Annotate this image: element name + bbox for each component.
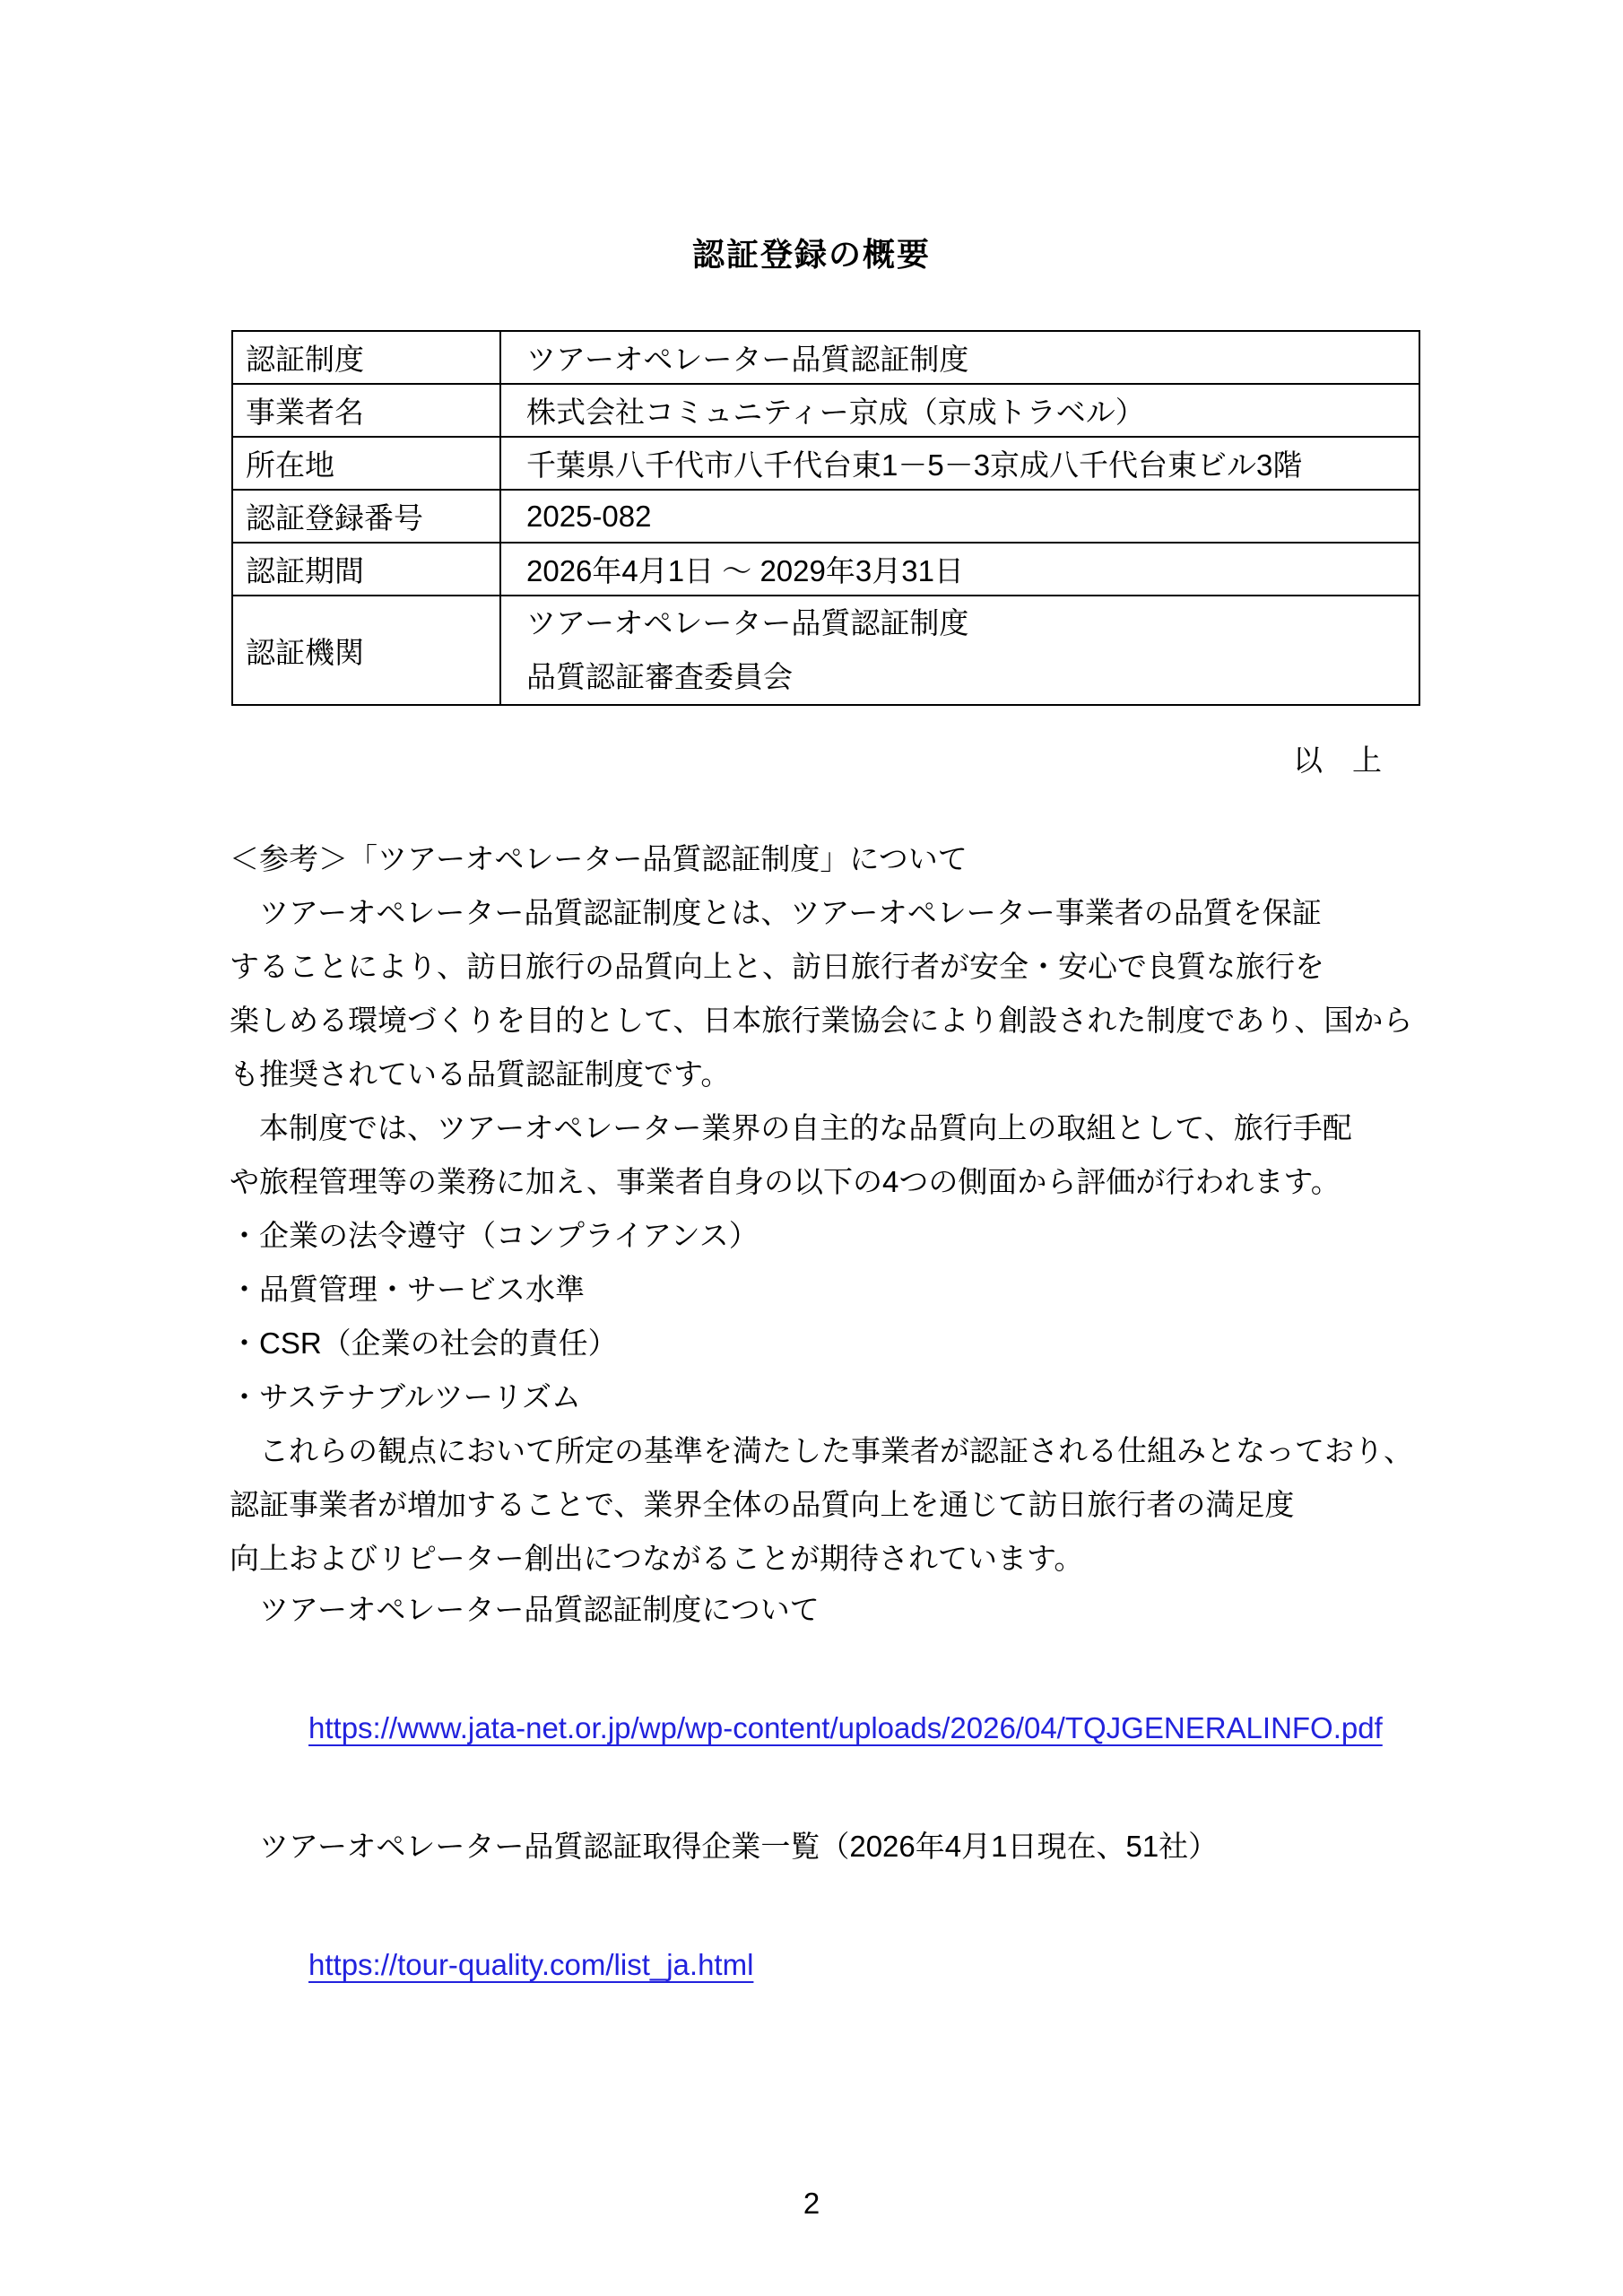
reference-text-line: ツアーオペレーター品質認証制度とは、ツアーオペレーター事業者の品質を保証: [230, 886, 1436, 940]
row-label: 認証機関: [232, 596, 500, 705]
reference-text-line: も推奨されている品質認証制度です。: [230, 1048, 1436, 1101]
reference-text-line: することにより、訪日旅行の品質向上と、訪日旅行者が安全・安心で良質な旅行を: [230, 940, 1436, 994]
certification-table: 認証制度 ツアーオペレーター品質認証制度 事業者名 株式会社コミュニティー京成（…: [231, 330, 1420, 706]
document-page: 認証登録の概要 認証制度 ツアーオペレーター品質認証制度 事業者名 株式会社コミ…: [0, 0, 1623, 2296]
row-label: 認証期間: [232, 543, 500, 596]
jata-pdf-link[interactable]: https://www.jata-net.or.jp/wp/wp-content…: [308, 1711, 1383, 1744]
table-row-cert-system: 認証制度 ツアーオペレーター品質認証制度: [232, 331, 1419, 384]
reference-text-line: や旅程管理等の業務に加え、事業者自身の以下の4つの側面から評価が行われます。: [230, 1155, 1436, 1209]
row-label: 認証登録番号: [232, 490, 500, 543]
page-number: 2: [0, 2187, 1623, 2221]
page-title: 認証登録の概要: [0, 230, 1623, 275]
row-value: 2025-082: [500, 490, 1419, 543]
row-value: 2026年4月1日 ～ 2029年3月31日: [500, 543, 1419, 596]
bullet-csr: ・CSR（企業の社会的責任）: [230, 1317, 1436, 1370]
reference-text-line: 認証事業者が増加することで、業界全体の品質向上を通じて訪日旅行者の満足度: [230, 1478, 1436, 1532]
row-value: ツアーオペレーター品質認証制度 品質認証審査委員会: [500, 596, 1419, 705]
row-label: 所在地: [232, 437, 500, 490]
reference-text-line: 本制度では、ツアーオペレーター業界の自主的な品質向上の取組として、旅行手配: [230, 1101, 1436, 1155]
link-heading-company-list: ツアーオペレーター品質認証取得企業一覧（2026年4月1日現在、51社）: [230, 1817, 1436, 1876]
row-value: 千葉県八千代市八千代台東1－5－3京成八千代台東ビル3階: [500, 437, 1419, 490]
bullet-compliance: ・企業の法令遵守（コンプライアンス）: [230, 1209, 1436, 1263]
table-row-address: 所在地 千葉県八千代市八千代台東1－5－3京成八千代台東ビル3階: [232, 437, 1419, 490]
reference-text-line: これらの観点において所定の基準を満たした事業者が認証される仕組みとなっており、: [230, 1424, 1436, 1478]
links-section: ツアーオペレーター品質認証制度について https://www.jata-net…: [230, 1580, 1436, 2054]
table-row-operator-name: 事業者名 株式会社コミュニティー京成（京成トラベル）: [232, 384, 1419, 437]
bullet-quality-service: ・品質管理・サービス水準: [230, 1263, 1436, 1317]
row-value-line: 品質認証審査委員会: [526, 650, 1419, 704]
reference-heading: ＜参考＞「ツアーオペレーター品質認証制度」について: [230, 832, 1436, 886]
row-label: 事業者名: [232, 384, 500, 437]
reference-text-line: 向上およびリピーター創出につながることが期待されています。: [230, 1532, 1436, 1586]
table-row-certification-period: 認証期間 2026年4月1日 ～ 2029年3月31日: [232, 543, 1419, 596]
bullet-sustainable-tourism: ・サステナブルツーリズム: [230, 1370, 1436, 1424]
table-row-certification-body: 認証機関 ツアーオペレーター品質認証制度 品質認証審査委員会: [232, 596, 1419, 705]
row-value: ツアーオペレーター品質認証制度: [500, 331, 1419, 384]
closing-ijou: 以 上: [1293, 737, 1382, 779]
row-value: 株式会社コミュニティー京成（京成トラベル）: [500, 384, 1419, 437]
reference-text-line: 楽しめる環境づくりを目的として、日本旅行業協会により創設された制度であり、国から: [230, 994, 1436, 1048]
row-value-line: ツアーオペレーター品質認証制度: [526, 596, 1419, 650]
table-row-registration-number: 認証登録番号 2025-082: [232, 490, 1419, 543]
reference-section: ＜参考＞「ツアーオペレーター品質認証制度」について ツアーオペレーター品質認証制…: [230, 832, 1436, 1586]
row-label: 認証制度: [232, 331, 500, 384]
tour-quality-list-link[interactable]: https://tour-quality.com/list_ja.html: [308, 1948, 753, 1981]
link-heading-general-info: ツアーオペレーター品質認証制度について: [230, 1580, 1436, 1639]
